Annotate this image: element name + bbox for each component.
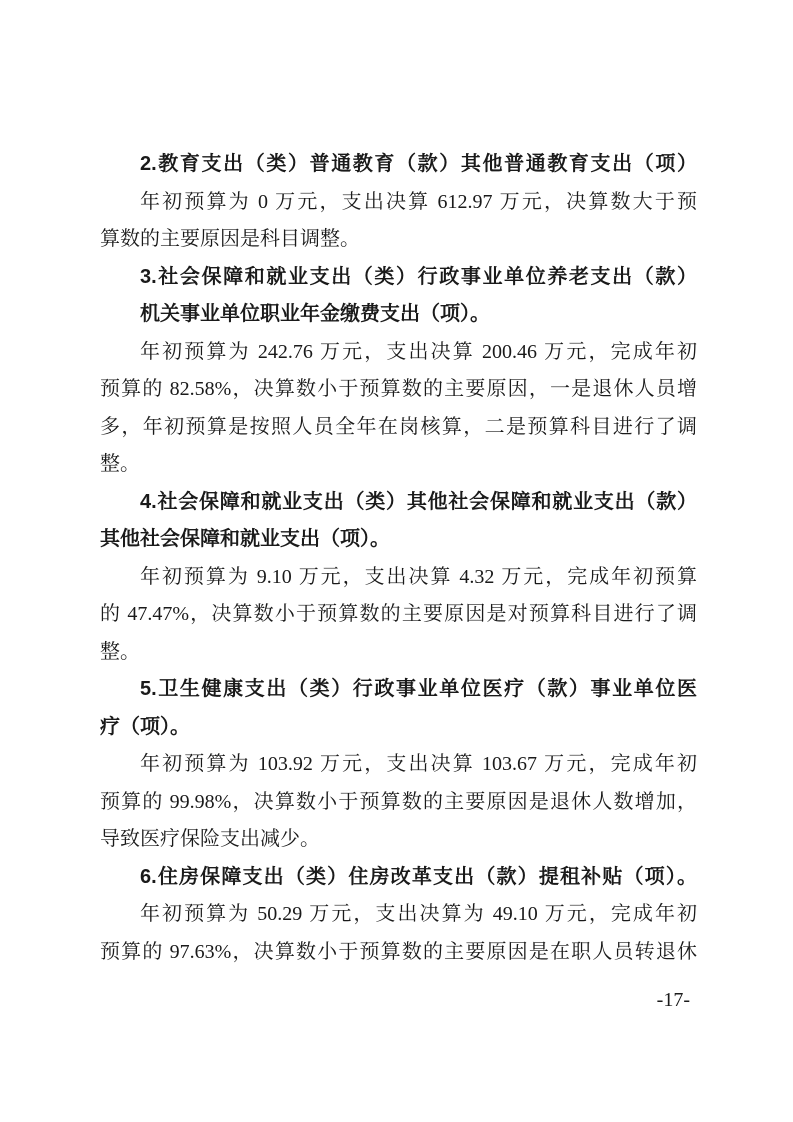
body-line: 算数的主要原因是科目调整。 <box>100 221 697 259</box>
body-line: 多，年初预算是按照人员全年在岗核算，二是预算科目进行了调 <box>100 409 697 447</box>
body-line: 年初预算为 50.29 万元，支出决算为 49.10 万元，完成年初 <box>100 896 697 934</box>
body-line: 年初预算为 103.92 万元，支出决算 103.67 万元，完成年初 <box>100 746 697 784</box>
body-line: 预算的 99.98%，决算数小于预算数的主要原因是退休人数增加， <box>100 784 697 822</box>
section-3-heading: 3.社会保障和就业支出（类）行政事业单位养老支出（款） 机关事业单位职业年金缴费… <box>100 259 697 334</box>
section-5-heading: 5.卫生健康支出（类）行政事业单位医疗（款）事业单位医 疗（项）。 <box>100 671 697 746</box>
body-line: 预算的 82.58%，决算数小于预算数的主要原因，一是退休人员增 <box>100 371 697 409</box>
page-number: -17- <box>657 988 690 1012</box>
body-line: 导致医疗保险支出减少。 <box>100 821 697 859</box>
body-line: 年初预算为 242.76 万元，支出决算 200.46 万元，完成年初 <box>100 334 697 372</box>
page-content: 2.教育支出（类）普通教育（款）其他普通教育支出（项） 年初预算为 0 万元，支… <box>100 146 697 971</box>
section-4-heading: 4.社会保障和就业支出（类）其他社会保障和就业支出（款） 其他社会保障和就业支出… <box>100 484 697 559</box>
section-5-body: 年初预算为 103.92 万元，支出决算 103.67 万元，完成年初 预算的 … <box>100 746 697 859</box>
heading-line: 6.住房保障支出（类）住房改革支出（款）提租补贴（项）。 <box>100 859 697 897</box>
body-line: 的 47.47%，决算数小于预算数的主要原因是对预算科目进行了调 <box>100 596 697 634</box>
heading-line: 4.社会保障和就业支出（类）其他社会保障和就业支出（款） <box>100 484 697 522</box>
heading-line: 3.社会保障和就业支出（类）行政事业单位养老支出（款） <box>100 259 697 297</box>
heading-line: 5.卫生健康支出（类）行政事业单位医疗（款）事业单位医 <box>100 671 697 709</box>
body-line: 年初预算为 0 万元，支出决算 612.97 万元，决算数大于预 <box>100 184 697 222</box>
heading-line: 2.教育支出（类）普通教育（款）其他普通教育支出（项） <box>100 146 697 184</box>
body-line: 年初预算为 9.10 万元，支出决算 4.32 万元，完成年初预算 <box>100 559 697 597</box>
body-line: 预算的 97.63%，决算数小于预算数的主要原因是在职人员转退休 <box>100 934 697 972</box>
section-6-heading: 6.住房保障支出（类）住房改革支出（款）提租补贴（项）。 <box>100 859 697 897</box>
section-2-body: 年初预算为 0 万元，支出决算 612.97 万元，决算数大于预 算数的主要原因… <box>100 184 697 259</box>
section-2-heading: 2.教育支出（类）普通教育（款）其他普通教育支出（项） <box>100 146 697 184</box>
body-line: 整。 <box>100 634 697 672</box>
section-4-body: 年初预算为 9.10 万元，支出决算 4.32 万元，完成年初预算 的 47.4… <box>100 559 697 672</box>
heading-line: 机关事业单位职业年金缴费支出（项）。 <box>100 296 697 334</box>
section-6-body: 年初预算为 50.29 万元，支出决算为 49.10 万元，完成年初 预算的 9… <box>100 896 697 971</box>
heading-line: 疗（项）。 <box>100 709 697 747</box>
body-line: 整。 <box>100 446 697 484</box>
section-3-body: 年初预算为 242.76 万元，支出决算 200.46 万元，完成年初 预算的 … <box>100 334 697 484</box>
heading-line: 其他社会保障和就业支出（项）。 <box>100 521 697 559</box>
document-page: 2.教育支出（类）普通教育（款）其他普通教育支出（项） 年初预算为 0 万元，支… <box>0 0 793 1122</box>
